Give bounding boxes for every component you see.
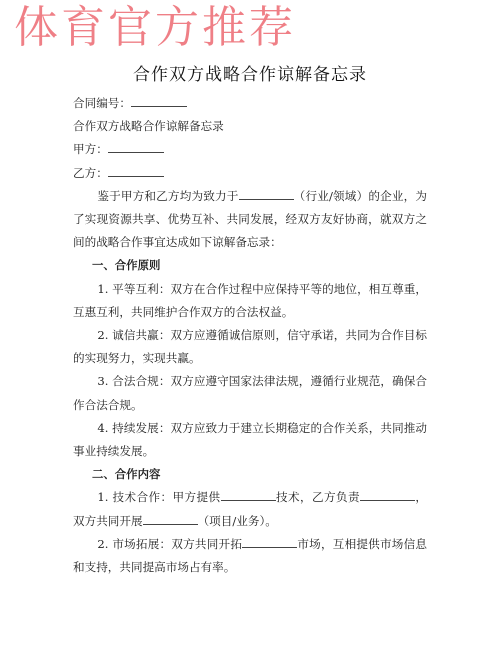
party-a-label: 甲方： bbox=[73, 142, 108, 156]
section-heading-content: 二、合作内容 bbox=[73, 463, 427, 486]
tech-blank bbox=[221, 490, 276, 501]
contract-number-blank bbox=[131, 96, 187, 107]
principle-item: 3. 合法合规：双方应遵守国家法律法规，遵循行业规范，确保合作合法合规。 bbox=[73, 370, 427, 416]
contract-number-field: 合同编号： bbox=[73, 92, 427, 115]
intro-text-1: 鉴于甲方和乙方均为致力于 bbox=[97, 189, 238, 203]
principle-item: 1. 平等互利：双方在合作过程中应保持平等的地位，相互尊重，互惠互利，共同维护合… bbox=[73, 278, 427, 324]
content-text: （项目/业务）。 bbox=[198, 514, 277, 528]
party-a-field: 甲方： bbox=[73, 138, 427, 161]
party-a-blank bbox=[108, 142, 164, 153]
project-blank bbox=[143, 514, 198, 525]
responsibility-blank bbox=[360, 490, 415, 501]
market-blank bbox=[242, 537, 297, 548]
contract-number-label: 合同编号： bbox=[73, 96, 131, 110]
content-item-technology: 1. 技术合作：甲方提供技术，乙方负责，双方共同开展（项目/业务）。 bbox=[73, 486, 427, 532]
intro-paragraph: 鉴于甲方和乙方均为致力于（行业/领域）的企业，为了实现资源共享、优势互补、共同发… bbox=[73, 185, 427, 255]
industry-blank bbox=[239, 189, 294, 200]
party-b-field: 乙方： bbox=[73, 162, 427, 185]
content-text: 1. 技术合作：甲方提供 bbox=[97, 490, 220, 504]
watermark-text: 体育官方推荐 bbox=[14, 2, 296, 54]
document-body: 合同编号： 合作双方战略合作谅解备忘录 甲方： 乙方： 鉴于甲方和乙方均为致力于… bbox=[73, 92, 427, 579]
content-text: 技术，乙方负责 bbox=[276, 490, 360, 504]
principle-item: 2. 诚信共赢：双方应遵循诚信原则，信守承诺，共同为合作目标的实现努力，实现共赢… bbox=[73, 324, 427, 370]
content-item-market: 2. 市场拓展：双方共同开拓市场，互相提供市场信息和支持，共同提高市场占有率。 bbox=[73, 533, 427, 579]
party-b-blank bbox=[108, 166, 164, 177]
section-heading-principles: 一、合作原则 bbox=[73, 254, 427, 277]
party-b-label: 乙方： bbox=[73, 166, 108, 180]
document-title: 合作双方战略合作谅解备忘录 bbox=[0, 60, 500, 85]
content-text: 2. 市场拓展：双方共同开拓 bbox=[97, 537, 242, 551]
principle-item: 4. 持续发展：双方应致力于建立长期稳定的合作关系，共同推动事业持续发展。 bbox=[73, 417, 427, 463]
document-subtitle: 合作双方战略合作谅解备忘录 bbox=[73, 115, 427, 138]
